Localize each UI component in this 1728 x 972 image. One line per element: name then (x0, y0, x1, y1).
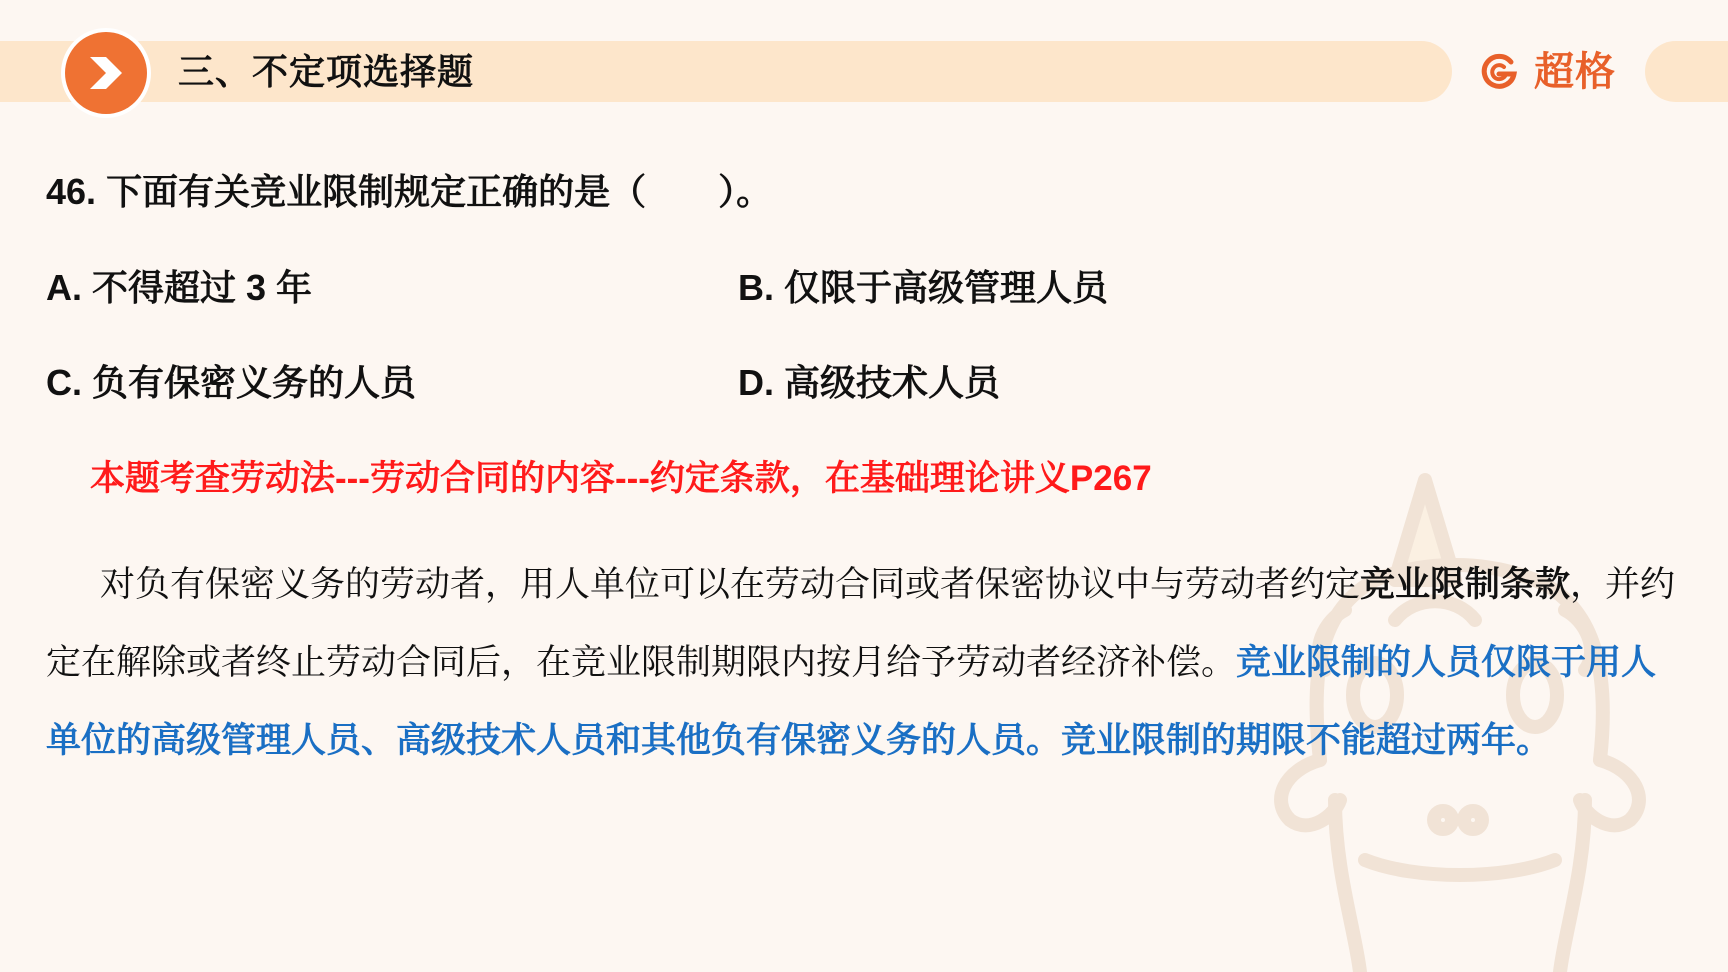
question-number: 46. (46, 171, 96, 212)
section-badge (61, 28, 151, 118)
option-d-key: D. (738, 362, 774, 403)
chevron-right-icon (86, 53, 126, 93)
option-b-text: 仅限于高级管理人员 (784, 267, 1108, 308)
explanation-keyword: 竞业限制条款 (1360, 565, 1570, 604)
slide: 三、不定项选择题 超格 46. 下面有关竞业限制规定正确的是（ ）。 A. 不得… (0, 0, 1728, 972)
header-decor-pill (1645, 41, 1728, 102)
section-badge-circle (65, 32, 147, 114)
explanation-part-1: 对负有保密义务的劳动者，用人单位可以在劳动合同或者保密协议中与劳动者约定 (100, 565, 1360, 604)
option-b: B. 仅限于高级管理人员 (738, 264, 1108, 312)
brand-logo: 超格 (1480, 48, 1616, 96)
option-a-text: 不得超过 3 年 (92, 267, 312, 308)
explanation-paragraph: 对负有保密义务的劳动者，用人单位可以在劳动合同或者保密协议中与劳动者约定竞业限制… (46, 546, 1686, 780)
option-c-text: 负有保密义务的人员 (92, 362, 416, 403)
option-a-key: A. (46, 267, 82, 308)
section-title: 三、不定项选择题 (178, 48, 474, 96)
brand-name: 超格 (1534, 48, 1616, 96)
option-c-key: C. (46, 362, 82, 403)
option-a: A. 不得超过 3 年 (46, 264, 312, 312)
option-d: D. 高级技术人员 (738, 359, 1000, 407)
question-stem: 46. 下面有关竞业限制规定正确的是（ ）。 (46, 168, 772, 216)
question-text: 下面有关竞业限制规定正确的是（ ）。 (106, 171, 772, 212)
chaoge-g-logo-icon (1480, 53, 1518, 91)
option-b-key: B. (738, 267, 774, 308)
reference-note: 本题考查劳动法---劳动合同的内容---约定条款，在基础理论讲义P267 (90, 455, 1152, 503)
option-d-text: 高级技术人员 (784, 362, 1000, 403)
option-c: C. 负有保密义务的人员 (46, 359, 416, 407)
